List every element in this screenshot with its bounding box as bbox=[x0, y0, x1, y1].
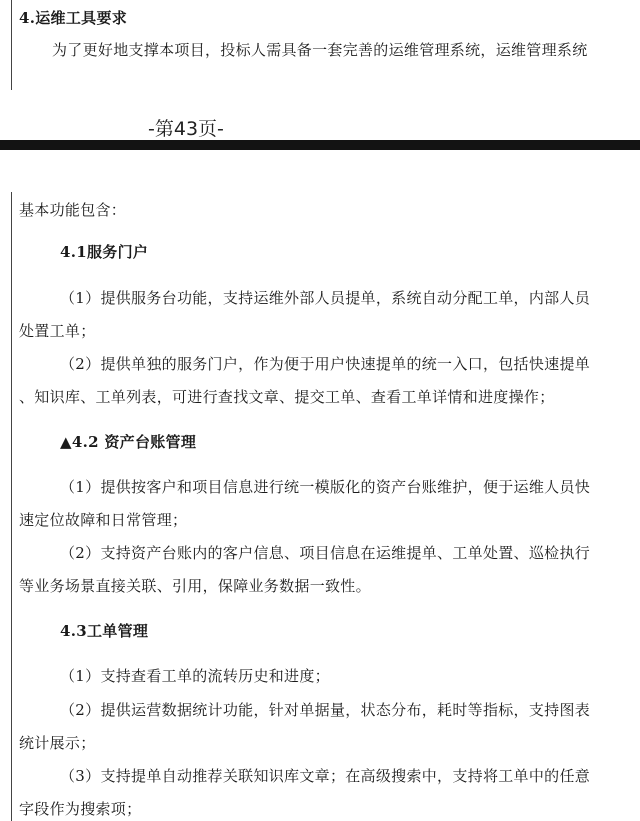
paragraph-line: 统计展示； bbox=[19, 734, 96, 752]
document-page-43: 4.运维工具要求 为了更好地支撑本项目，投标人需具备一套完善的运维管理系统，运维… bbox=[0, 0, 640, 140]
paragraph-line: （2）支持资产台账内的客户信息、项目信息在运维提单、工单处置、巡检执行 bbox=[60, 544, 590, 562]
margin-line bbox=[11, 192, 12, 821]
section-title-4-3: 4.3工单管理 bbox=[60, 622, 148, 640]
margin-line bbox=[11, 0, 12, 90]
paragraph-line: 等业务场景直接关联、引用，保障业务数据一致性。 bbox=[19, 577, 371, 595]
paragraph-line: （1）提供服务台功能，支持运维外部人员提单，系统自动分配工单，内部人员 bbox=[60, 289, 590, 307]
paragraph-line: 字段作为搜索项； bbox=[19, 800, 141, 818]
intro-paragraph: 为了更好地支撑本项目，投标人需具备一套完善的运维管理系统，运维管理系统 bbox=[52, 41, 588, 59]
paragraph-line: （2）提供单独的服务门户，作为便于用户快速提单的统一入口，包括快速提单 bbox=[60, 355, 590, 373]
paragraph-line: 、知识库、工单列表，可进行查找文章、提交工单、查看工单详情和进度操作； bbox=[19, 388, 555, 406]
paragraph-line: （2）提供运营数据统计功能，针对单据量，状态分布，耗时等指标，支持图表 bbox=[60, 701, 590, 719]
page-break-bar bbox=[0, 140, 640, 150]
paragraph-line: 处置工单； bbox=[19, 322, 96, 340]
paragraph-line: （1）提供按客户和项目信息进行统一模版化的资产台账维护，便于运维人员快 bbox=[60, 478, 590, 496]
section-heading-4: 4.运维工具要求 bbox=[19, 9, 127, 27]
section-title-4-2: ▲4.2 资产台账管理 bbox=[60, 433, 196, 451]
paragraph-line: 速定位故障和日常管理； bbox=[19, 511, 187, 529]
paragraph-line: （1）支持查看工单的流转历史和进度； bbox=[60, 667, 330, 685]
paragraph-line: （3）支持提单自动推荐关联知识库文章；在高级搜索中，支持将工单中的任意 bbox=[60, 767, 590, 785]
section-title-4-1: 4.1服务门户 bbox=[60, 243, 148, 261]
lead-text: 基本功能包含： bbox=[19, 201, 126, 219]
page-number: -第43页- bbox=[148, 114, 224, 141]
document-page-44: 基本功能包含： 4.1服务门户 （1）提供服务台功能，支持运维外部人员提单，系统… bbox=[0, 150, 640, 821]
